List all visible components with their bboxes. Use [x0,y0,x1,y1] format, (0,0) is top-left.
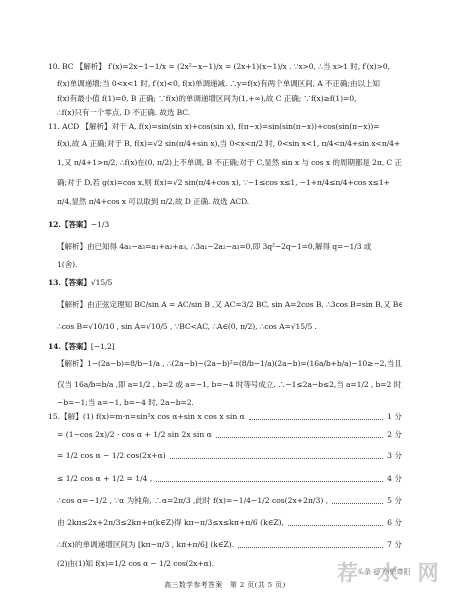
q15-step-points: 5 分 [387,495,402,507]
q14-answer-label: 14.【答案】 [48,342,91,351]
leader-dots [288,525,383,526]
q10-line-2: f(x)单调递增;当 0<x<1 时, f′(x)<0, f(x)单调递减. ∴… [57,79,402,89]
leader-dots [170,458,383,459]
q15-step-1: 15.【解】(1) f(x)=m·n=sin²x cos α+sin x cos… [48,411,402,423]
q15-step-expr: 15.【解】(1) f(x)=m·n=sin²x cos α+sin x cos… [48,411,245,423]
q15-step-points: 6 分 [387,517,402,529]
q13-line-1: 【解析】由正弦定理知 BC/sin A = AC/sin B ,又 AC=3/2… [57,300,402,310]
q14-line-2: 仅当 16a/b=b/a ,即 a=1/2 , b=2 或 a=−1, b=−4… [57,380,402,390]
q14-line-3: −b=−1;当 a=−1, b=−4 时, 2a−b=2. [57,398,402,408]
q10-line-4: ∴f(x)只有一个零点, D 不正确. 故选 BC. [57,108,402,118]
q13-answer: 13.【答案】√15/5 [48,278,402,288]
q15-step-points: 1 分 [387,411,402,423]
q12-answer-label: 12.【答案】 [48,220,91,229]
q15-step-expr: 由 2kπ≤2x+2π/3≤2kπ+π(k∈Z)得 kπ−π/3≤x≤kπ+π/… [57,517,284,529]
q15-step-7: ∴f(x)的单调递增区间为 [kπ−π/3 , kπ+π/6] (k∈Z). 7… [57,539,402,551]
q15-step-6: 由 2kπ≤2x+2π/3≤2kπ+π(k∈Z)得 kπ−π/3≤x≤kπ+π/… [57,517,402,529]
q13-answer-value: √15/5 [91,278,112,287]
q14-line-1: 【解析】1−(2a−b)=8/b−1/a , ∴(2a−b)−(2a−b)²=(… [57,359,402,369]
leader-dots [238,547,383,548]
q11-line-5: π/4,显然 π/4+cos x 可以取到 π/2,故 D 正确. 故选 ACD… [57,197,402,207]
q14-answer: 14.【答案】[−1,2] [48,342,402,352]
q12-answer: 12.【答案】−1/3 [48,220,402,230]
q15-step-expr: ∴f(x)的单调递增区间为 [kπ−π/3 , kπ+π/6] (k∈Z). [57,539,234,551]
leader-dots [332,503,383,504]
q14-answer-value: [−1,2] [91,342,115,351]
q15-step-4: ≤ 1/2 cos α + 1/2 = 1/4 , 4 分 [57,473,402,485]
q11-line-3: 1,又 π/4+1>π/2, ∴f(x)在(0, π/2)上不单调, B 不正确… [57,158,402,168]
leader-dots [216,437,383,438]
watermark-handle: 头条 @ 小荣尊阳 [357,567,410,577]
leader-dots [156,481,383,482]
q10-line-1: 10. BC 【解析】 f′(x)=2x−1−1/x = (2x²−x−1)/x… [48,62,402,72]
q12-line-2: 1(舍). [57,260,402,270]
watermark: 荐 水 网 头条 @ 小荣尊阳 [337,557,445,585]
q11-line-2: f(x),故 A 正确;对于 B, f(x)=√2 sin(π/4+sin x)… [57,139,402,149]
q15-step-2: = (1−cos 2x)/2 · cos α + 1/2 sin 2x sin … [57,429,402,441]
q15-step-expr: ∴cos α=−1/2 , ∵α 为钝角, ∴α=2π/3 ,此时 f(x)=−… [57,495,328,507]
q10-line-3: f(x)有最小值 f(1)=0, B 正确; ∵f(x)的单调递增区间为(1,+… [57,94,402,104]
q11-line-4: 确;对于 D,若 g(x)=cos x,则 f(x)=√2 sin(π/4+co… [57,178,402,188]
q15-step-expr: ≤ 1/2 cos α + 1/2 = 1/4 , [57,473,152,485]
q12-answer-value: −1/3 [91,220,109,229]
q13-answer-label: 13.【答案】 [48,278,91,287]
q15-step-points: 2 分 [387,429,402,441]
q15-step-points: 7 分 [387,539,402,551]
q15-step-3: = 1/2 cos α − 1/2 cos(2x+α) 3 分 [57,450,402,462]
answer-key-page: 10. BC 【解析】 f′(x)=2x−1−1/x = (2x²−x−1)/x… [0,0,450,595]
q12-line-1: 【解析】由已知得 4a₁−a₃=a₁+a₂+a₃, ∴3a₁−2a₂−a₃=0,… [57,242,402,252]
leader-dots [249,419,383,420]
q15-step-expr: = 1/2 cos α − 1/2 cos(2x+α) [57,450,166,462]
q15-step-5: ∴cos α=−1/2 , ∵α 为钝角, ∴α=2π/3 ,此时 f(x)=−… [57,495,402,507]
q15-step-points: 4 分 [387,473,402,485]
q15-step-points: 3 分 [387,450,402,462]
q15-step-expr: = (1−cos 2x)/2 · cos α + 1/2 sin 2x sin … [57,429,212,441]
q13-line-2: ∴cos B=√10/10 , sin A=√10/5 , ∵BC<AC, ∴A… [57,322,402,332]
q11-line-1: 11. ACD 【解析】对于 A, f(x)=sin(sin x)+cos(si… [48,122,402,132]
